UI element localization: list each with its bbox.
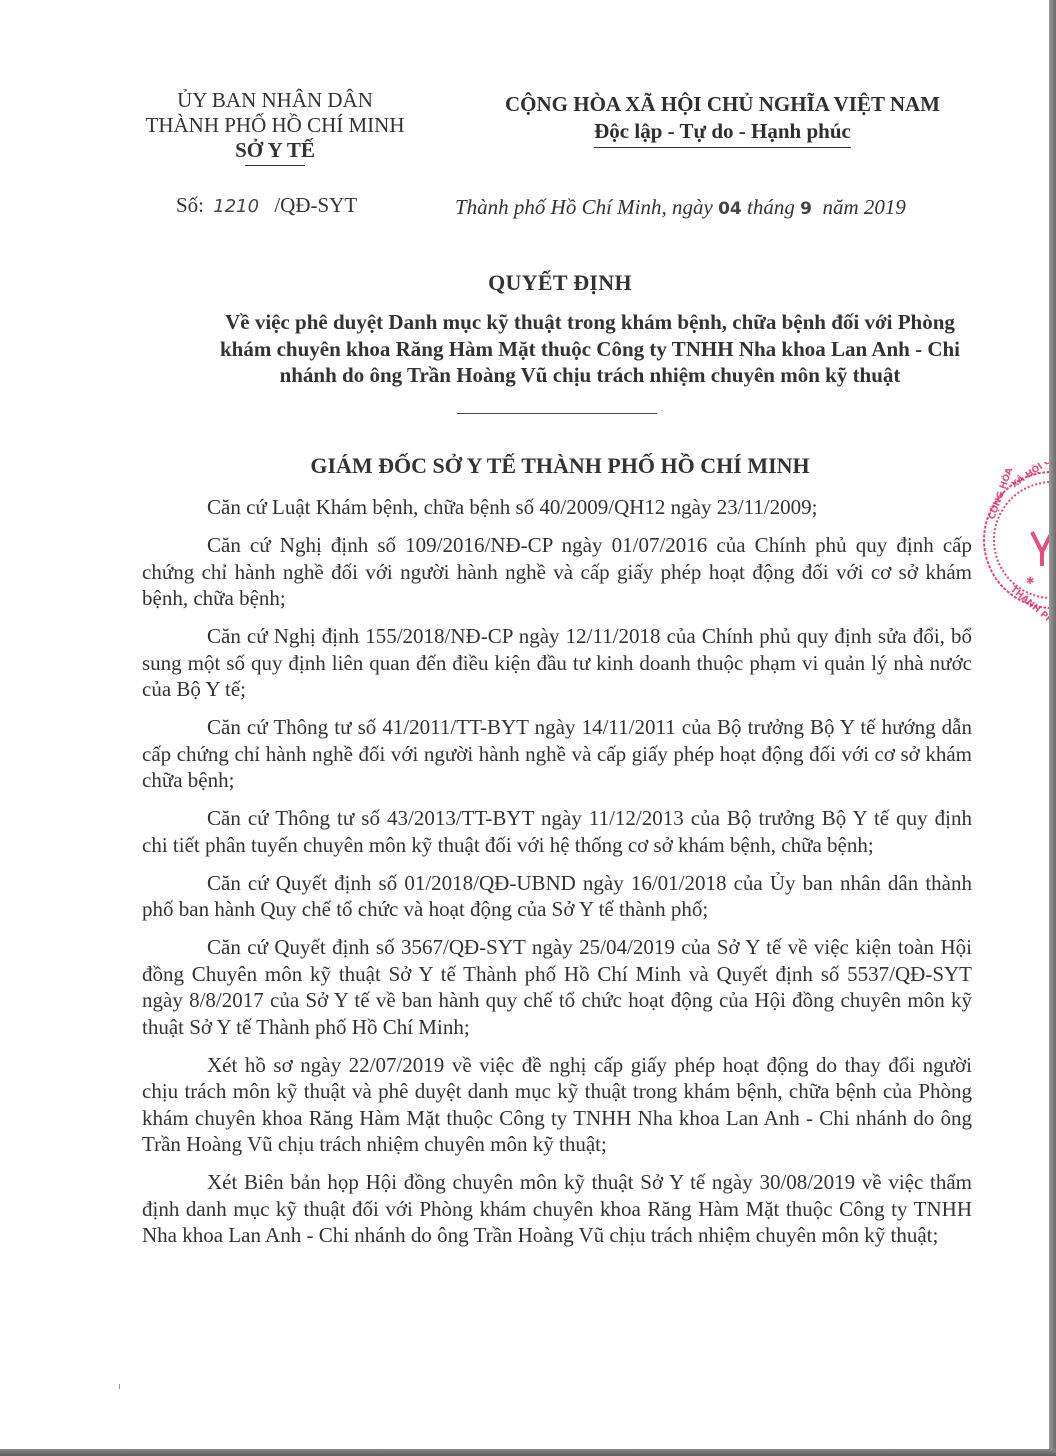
document-number-handwritten: 1210 [213,196,259,217]
national-title-block: CỘNG HÒA XÃ HỘI CHỦ NGHĨA VIỆT NAM Độc l… [455,91,990,148]
svg-text:XÃ HỘI C: XÃ HỘI C [1009,462,1053,490]
date-month-label: tháng [747,195,795,219]
legal-basis-paragraph: Căn cứ Thông tư số 41/2011/TT-BYT ngày 1… [142,714,972,794]
document-number-suffix: /QĐ-SYT [274,193,357,217]
document-body: Căn cứ Luật Khám bệnh, chữa bệnh số 40/2… [142,494,972,1260]
legal-basis-paragraph: Căn cứ Quyết định số 3567/QĐ-SYT ngày 25… [142,934,972,1040]
date-year: năm 2019 [822,195,905,219]
title-divider [457,413,657,414]
document-page: ỦY BAN NHÂN DÂN THÀNH PHỐ HỒ CHÍ MINH SỞ… [0,0,1049,1449]
legal-basis-paragraph: Căn cứ Nghị định 155/2018/NĐ-CP ngày 12/… [142,623,972,703]
page-edge-right [1049,0,1056,1456]
consideration-paragraph: Xét hồ sơ ngày 22/07/2019 về việc đề ngh… [142,1052,972,1158]
svg-text:✱: ✱ [1026,576,1034,587]
document-subject: Về việc phê duyệt Danh mục kỹ thuật tron… [200,309,980,389]
legal-basis-paragraph: Căn cứ Quyết định số 01/2018/QĐ-UBND ngà… [142,870,972,923]
authority-line-1: ỦY BAN NHÂN DÂN [130,88,420,113]
page-edge-bottom [0,1449,1056,1456]
document-number-prefix: Số: [176,193,204,217]
legal-basis-paragraph: Căn cứ Thông tư số 43/2013/TT-BYT ngày 1… [142,805,972,858]
nation-name: CỘNG HÒA XÃ HỘI CHỦ NGHĨA VIỆT NAM [455,91,990,118]
scan-speck [119,1384,120,1389]
issuing-authority-block: ỦY BAN NHÂN DÂN THÀNH PHỐ HỒ CHÍ MINH SỞ… [130,88,420,166]
national-motto: Độc lập - Tự do - Hạnh phúc [594,118,851,148]
document-date: Thành phố Hồ Chí Minh, ngày 04 tháng 9 n… [455,195,990,220]
date-prefix: Thành phố Hồ Chí Minh, ngày [455,195,713,219]
department-underline [245,165,305,166]
consideration-paragraph: Xét Biên bản họp Hội đồng chuyên môn kỹ … [142,1169,972,1249]
legal-basis-paragraph: Căn cứ Luật Khám bệnh, chữa bệnh số 40/2… [142,494,972,521]
issuing-official-heading: GIÁM ĐỐC SỞ Y TẾ THÀNH PHỐ HỒ CHÍ MINH [140,453,980,479]
svg-text:CỘNG HÒA: CỘNG HÒA [986,466,1016,521]
authority-line-2: THÀNH PHỐ HỒ CHÍ MINH [130,113,420,138]
date-day-handwritten: 04 [718,199,742,219]
department-name: SỞ Y TẾ [130,138,420,163]
document-number: Số: 1210 /QĐ-SYT [176,193,357,218]
legal-basis-paragraph: Căn cứ Nghị định số 109/2016/NĐ-CP ngày … [142,532,972,612]
official-seal-icon: CỘNG HÒA XÃ HỘI C THÀNH PH ✱ [980,462,1056,632]
document-title: QUYẾT ĐỊNH [0,270,1056,296]
date-month-handwritten: 9 [800,199,812,219]
